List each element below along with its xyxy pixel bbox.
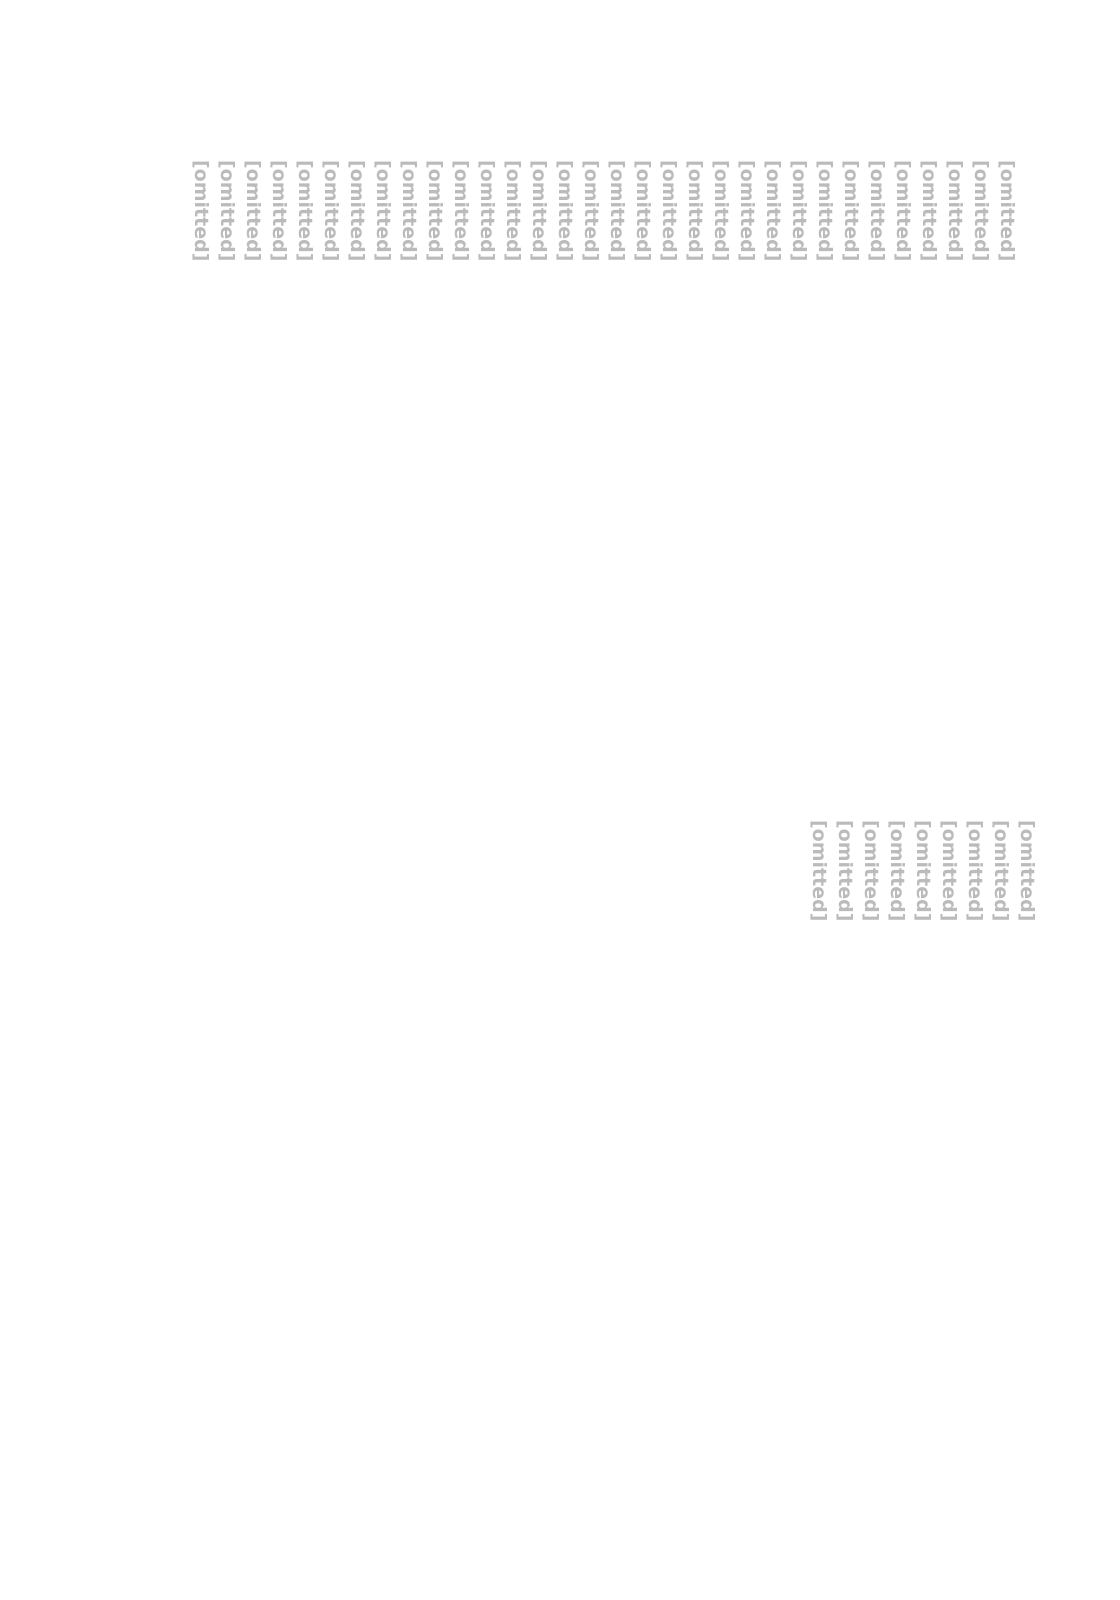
text-column: [omitted]	[630, 160, 656, 720]
text-column: [omitted]	[916, 160, 942, 720]
text-column: [omitted]	[812, 160, 838, 720]
text-column: [omitted]	[838, 160, 864, 720]
text-column: [omitted]	[344, 160, 370, 720]
text-column: [omitted]	[682, 160, 708, 720]
text-column: [omitted]	[962, 820, 988, 1380]
text-column: [omitted]	[994, 160, 1020, 720]
text-column: [omitted]	[968, 160, 994, 720]
text-column: [omitted]	[396, 160, 422, 720]
text-column: [omitted]	[708, 160, 734, 720]
text-column: [omitted]	[806, 820, 832, 1380]
text-column: [omitted]	[936, 820, 962, 1380]
text-column: [omitted]	[604, 160, 630, 720]
text-column: [omitted]	[214, 160, 240, 720]
text-column: [omitted]	[988, 820, 1014, 1380]
text-column: [omitted]	[858, 820, 884, 1380]
text-column: [omitted]	[656, 160, 682, 720]
text-column: [omitted]	[318, 160, 344, 720]
text-column: [omitted]	[474, 160, 500, 720]
text-column: [omitted]	[552, 160, 578, 720]
text-column: [omitted]	[240, 160, 266, 720]
text-column: [omitted]	[734, 160, 760, 720]
text-column: [omitted]	[266, 160, 292, 720]
text-column: [omitted]	[422, 160, 448, 720]
text-column: [omitted]	[370, 160, 396, 720]
text-column: [omitted]	[864, 160, 890, 720]
text-column: [omitted]	[786, 160, 812, 720]
text-column: [omitted]	[500, 160, 526, 720]
text-column: [omitted]	[1014, 820, 1040, 1380]
text-column: [omitted]	[884, 820, 910, 1380]
text-column: [omitted]	[292, 160, 318, 720]
text-column: [omitted]	[448, 160, 474, 720]
text-column: [omitted]	[910, 820, 936, 1380]
text-column: [omitted]	[890, 160, 916, 720]
text-column: [omitted]	[188, 160, 214, 720]
text-column: [omitted]	[578, 160, 604, 720]
text-column: [omitted]	[832, 820, 858, 1380]
text-column: [omitted]	[760, 160, 786, 720]
top-text-block: [omitted][omitted][omitted][omitted][omi…	[150, 160, 1020, 720]
text-column: [omitted]	[942, 160, 968, 720]
bottom-text-block: [omitted][omitted][omitted][omitted][omi…	[740, 820, 1040, 1380]
text-column: [omitted]	[526, 160, 552, 720]
